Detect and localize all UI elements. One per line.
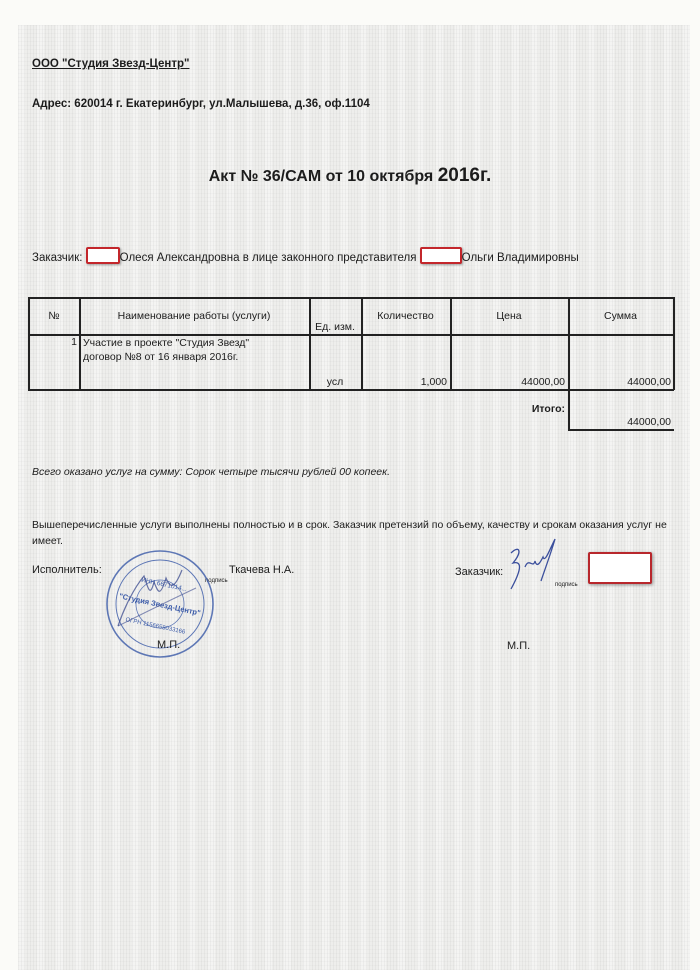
customer-name: Олеся Александровна в лице законного пре… bbox=[120, 252, 417, 264]
title-main: Акт № 36/САМ от 10 октября bbox=[209, 168, 438, 185]
customer-mp: М.П. bbox=[507, 640, 530, 652]
row-unit: усл bbox=[309, 376, 361, 388]
row-sum: 44000,00 bbox=[568, 376, 671, 388]
total-label: Итого: bbox=[450, 403, 565, 415]
redaction-box bbox=[86, 247, 120, 264]
executor-label: Исполнитель: bbox=[32, 564, 102, 576]
row-num: 1 bbox=[28, 336, 77, 348]
customer-sign-caption: подпись bbox=[555, 582, 578, 588]
header-price: Цена bbox=[450, 310, 568, 322]
row-name: Участие в проекте "Студия Звезд" договор… bbox=[83, 336, 309, 364]
customer-sign-label: Заказчик: bbox=[455, 566, 503, 578]
header-num: № bbox=[28, 310, 80, 322]
customer-line: Заказчик: Олеся Александровна в лице зак… bbox=[32, 247, 579, 264]
svg-text:ОГРН 1156658033166: ОГРН 1156658033166 bbox=[125, 617, 186, 636]
acceptance-note: Вышеперечисленные услуги выполнены полно… bbox=[32, 517, 672, 549]
total-value: 44000,00 bbox=[568, 416, 671, 428]
row-price: 44000,00 bbox=[450, 376, 565, 388]
executor-name: Ткачева Н.А. bbox=[229, 564, 294, 576]
header-sum: Сумма bbox=[568, 310, 673, 322]
row-name-line2: договор №8 от 16 января 2016г. bbox=[83, 350, 309, 364]
redaction-box bbox=[420, 247, 462, 264]
executor-mp: М.П. bbox=[157, 639, 180, 651]
customer-label: Заказчик: bbox=[32, 252, 82, 264]
total-in-words: Всего оказано услуг на сумму: Сорок четы… bbox=[32, 466, 390, 478]
row-name-line1: Участие в проекте "Студия Звезд" bbox=[83, 336, 309, 350]
company-name: ООО "Студия Звезд-Центр" bbox=[32, 58, 189, 70]
company-address: Адрес: 620014 г. Екатеринбург, ул.Малыше… bbox=[32, 98, 370, 110]
header-qty: Количество bbox=[361, 310, 450, 322]
document-title: Акт № 36/САМ от 10 октября 2016г. bbox=[0, 165, 700, 187]
header-unit: Ед. изм. bbox=[309, 321, 361, 333]
title-year: 2016г. bbox=[438, 165, 492, 186]
redaction-box bbox=[588, 552, 652, 584]
header-name: Наименование работы (услуги) bbox=[79, 310, 309, 322]
representative-name: Ольги Владимировны bbox=[462, 252, 579, 264]
row-qty: 1,000 bbox=[361, 376, 447, 388]
